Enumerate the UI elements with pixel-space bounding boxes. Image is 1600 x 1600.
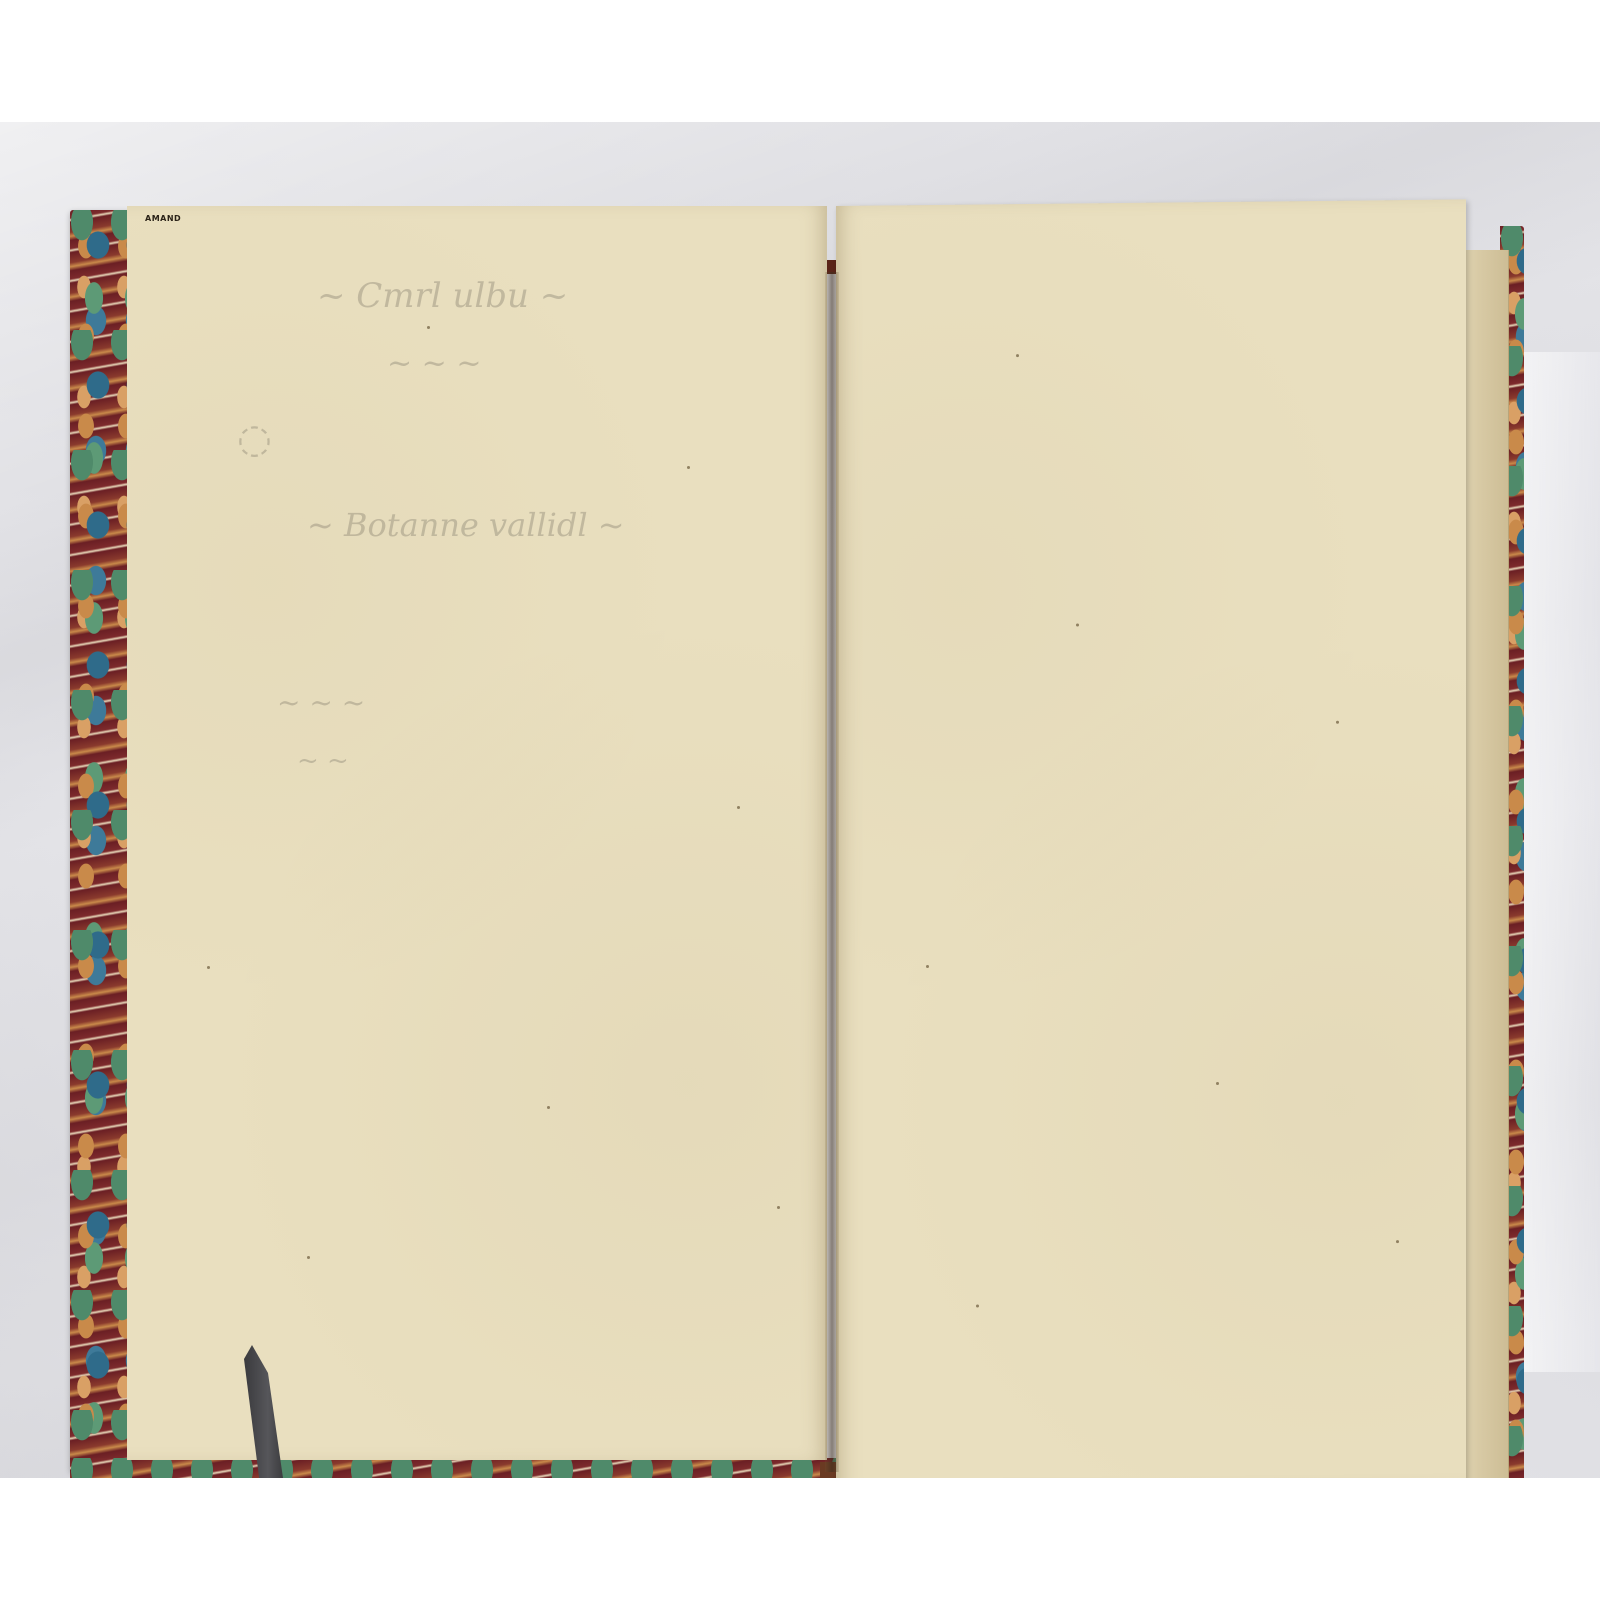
left-endpaper: ~ Cmrl ulbu ~ ~ ~ ~ ◌ ~ Botanne vallidl … (127, 206, 827, 1460)
pencil-note: ~ ~ (297, 746, 349, 776)
binder-stamp: AMAND (145, 214, 181, 223)
photo-frame: ~ Cmrl ulbu ~ ~ ~ ~ ◌ ~ Botanne vallidl … (0, 122, 1600, 1478)
pencil-note: ~ Cmrl ulbu ~ (317, 276, 568, 316)
text-block-edge (1460, 250, 1509, 1478)
pencil-note: ~ ~ ~ (387, 346, 481, 381)
right-endpaper (836, 199, 1466, 1478)
pencil-note: ~ ~ ~ (277, 686, 365, 719)
pencil-note: ~ Botanne vallidl ~ (307, 506, 625, 544)
marbled-board-left (70, 210, 132, 1472)
pencil-sketch: ◌ (237, 416, 272, 462)
book-gutter (825, 272, 839, 1472)
marbled-board-bottom (70, 1458, 850, 1478)
